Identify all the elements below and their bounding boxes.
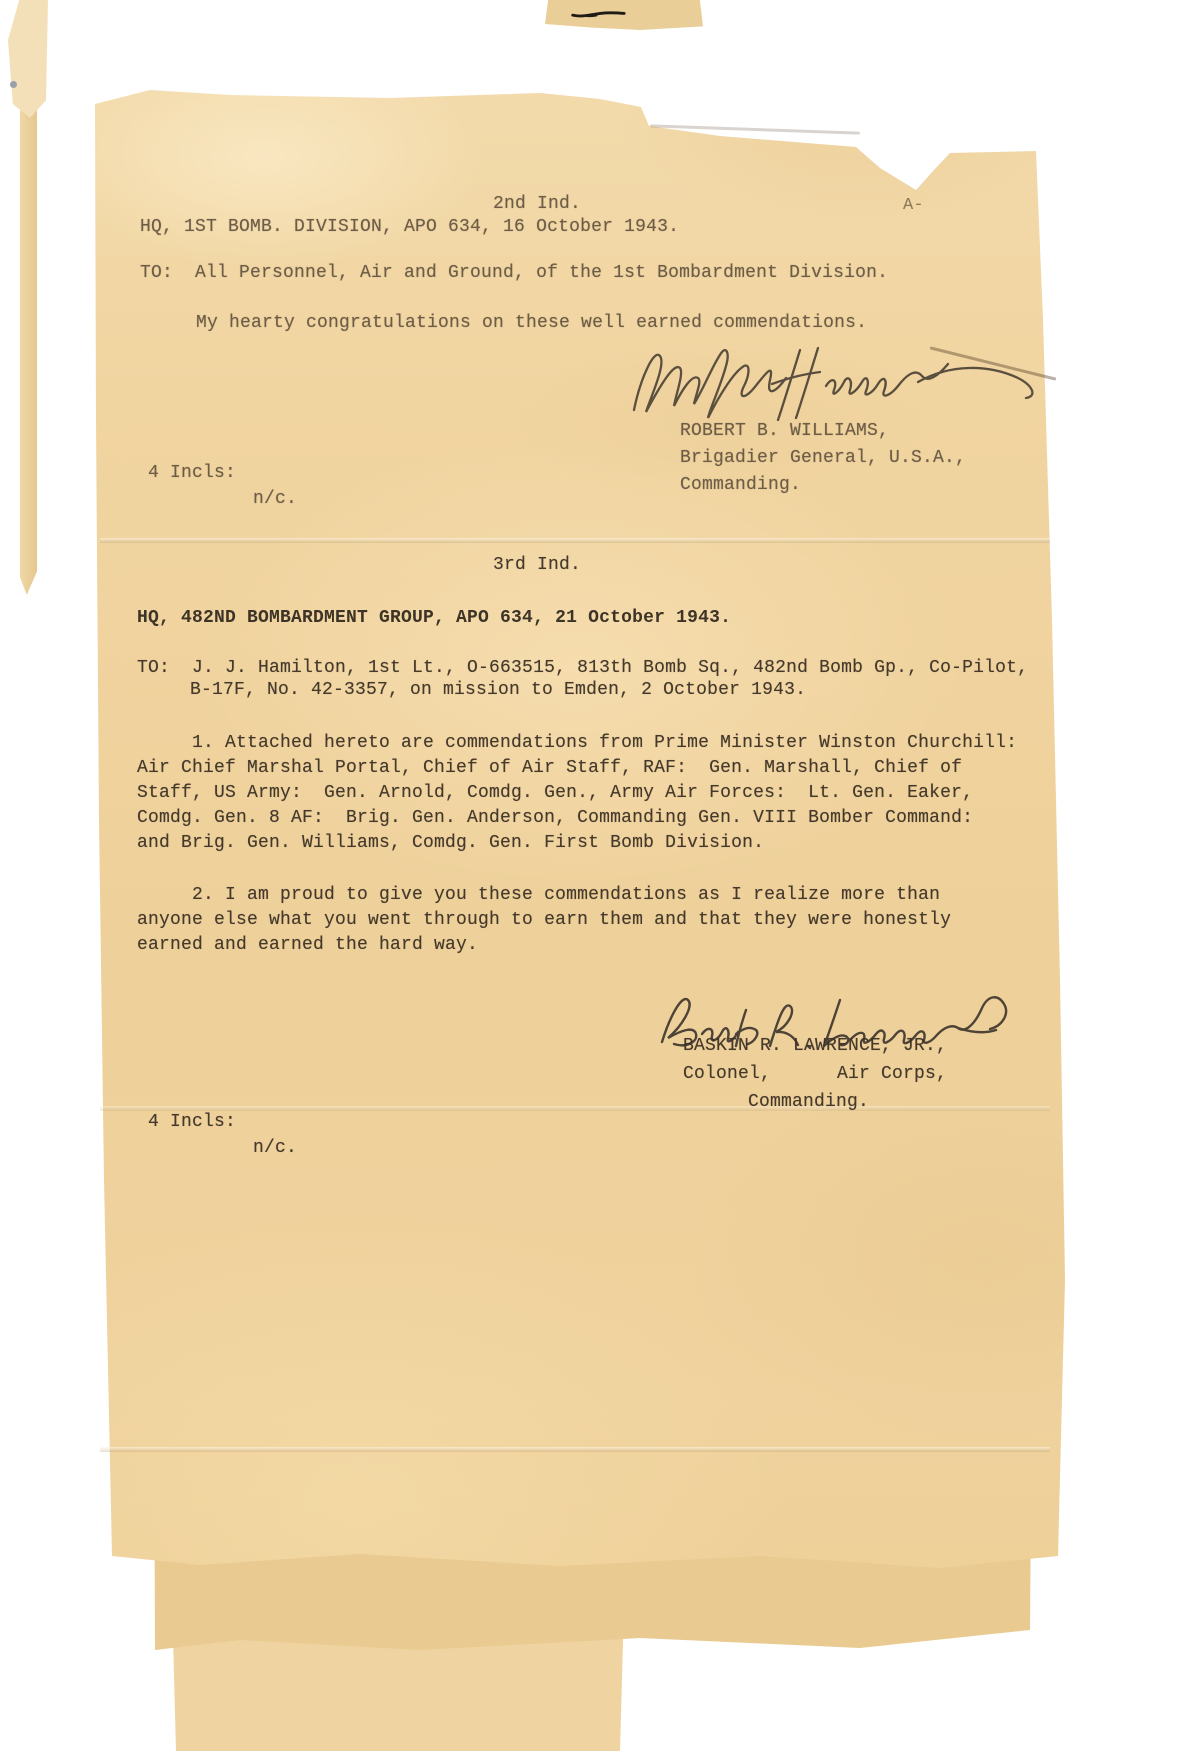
ind3-para2-line2: anyone else what you went through to ear… xyxy=(137,908,951,933)
ind3-incls-label: 4 Incls: xyxy=(148,1110,236,1135)
ind3-para2-line1: 2. I am proud to give you these commenda… xyxy=(137,883,940,908)
ind3-para1-line1: 1. Attached hereto are commendations fro… xyxy=(137,731,1017,756)
ind3-para1-line5: and Brig. Gen. Williams, Comdg. Gen. Fir… xyxy=(137,831,764,856)
page-tab xyxy=(545,0,703,30)
signature-baskin-lawrence xyxy=(640,980,1020,1065)
ind3-para1-line4: Comdg. Gen. 8 AF: Brig. Gen. Anderson, C… xyxy=(137,806,973,831)
page-binding-strip-top xyxy=(8,0,48,118)
paper-crease xyxy=(100,1447,1050,1452)
ind3-para1-line3: Staff, US Army: Gen. Arnold, Comdg. Gen.… xyxy=(137,781,973,806)
scanned-document: 2nd Ind. A- HQ, 1ST BOMB. DIVISION, APO … xyxy=(0,0,1202,1751)
ind3-incls-value: n/c. xyxy=(253,1136,297,1161)
ind2-hq-line: HQ, 1ST BOMB. DIVISION, APO 634, 16 Octo… xyxy=(140,215,679,240)
ind3-para2-line3: earned and earned the hard way. xyxy=(137,933,478,958)
ind2-incls-label: 4 Incls: xyxy=(148,461,236,486)
staple-mark xyxy=(10,81,17,88)
ind3-to-line2: B-17F, No. 42-3357, on mission to Emden,… xyxy=(190,678,806,703)
ink-mark-icon xyxy=(555,10,643,18)
paper-crease xyxy=(100,538,1050,543)
ind3-heading: 3rd Ind. xyxy=(137,553,937,578)
ind3-signature-title: Colonel, Air Corps, xyxy=(683,1062,947,1087)
ind2-margin-note: A- xyxy=(903,193,924,218)
ind3-para1-line2: Air Chief Marshal Portal, Chief of Air S… xyxy=(137,756,962,781)
ind2-to-line: TO: All Personnel, Air and Ground, of th… xyxy=(140,261,888,286)
ind2-signature-title: Brigadier General, U.S.A., xyxy=(680,446,966,471)
ind2-incls-value: n/c. xyxy=(253,487,297,512)
ind2-signature-role: Commanding. xyxy=(680,473,801,498)
ind2-heading: 2nd Ind. xyxy=(137,192,937,217)
ind3-signature-role: Commanding. xyxy=(748,1090,869,1115)
ind3-hq-line: HQ, 482ND BOMBARDMENT GROUP, APO 634, 21… xyxy=(137,606,731,631)
paper-crease xyxy=(100,1106,1050,1111)
signature-robert-williams xyxy=(620,330,1050,430)
